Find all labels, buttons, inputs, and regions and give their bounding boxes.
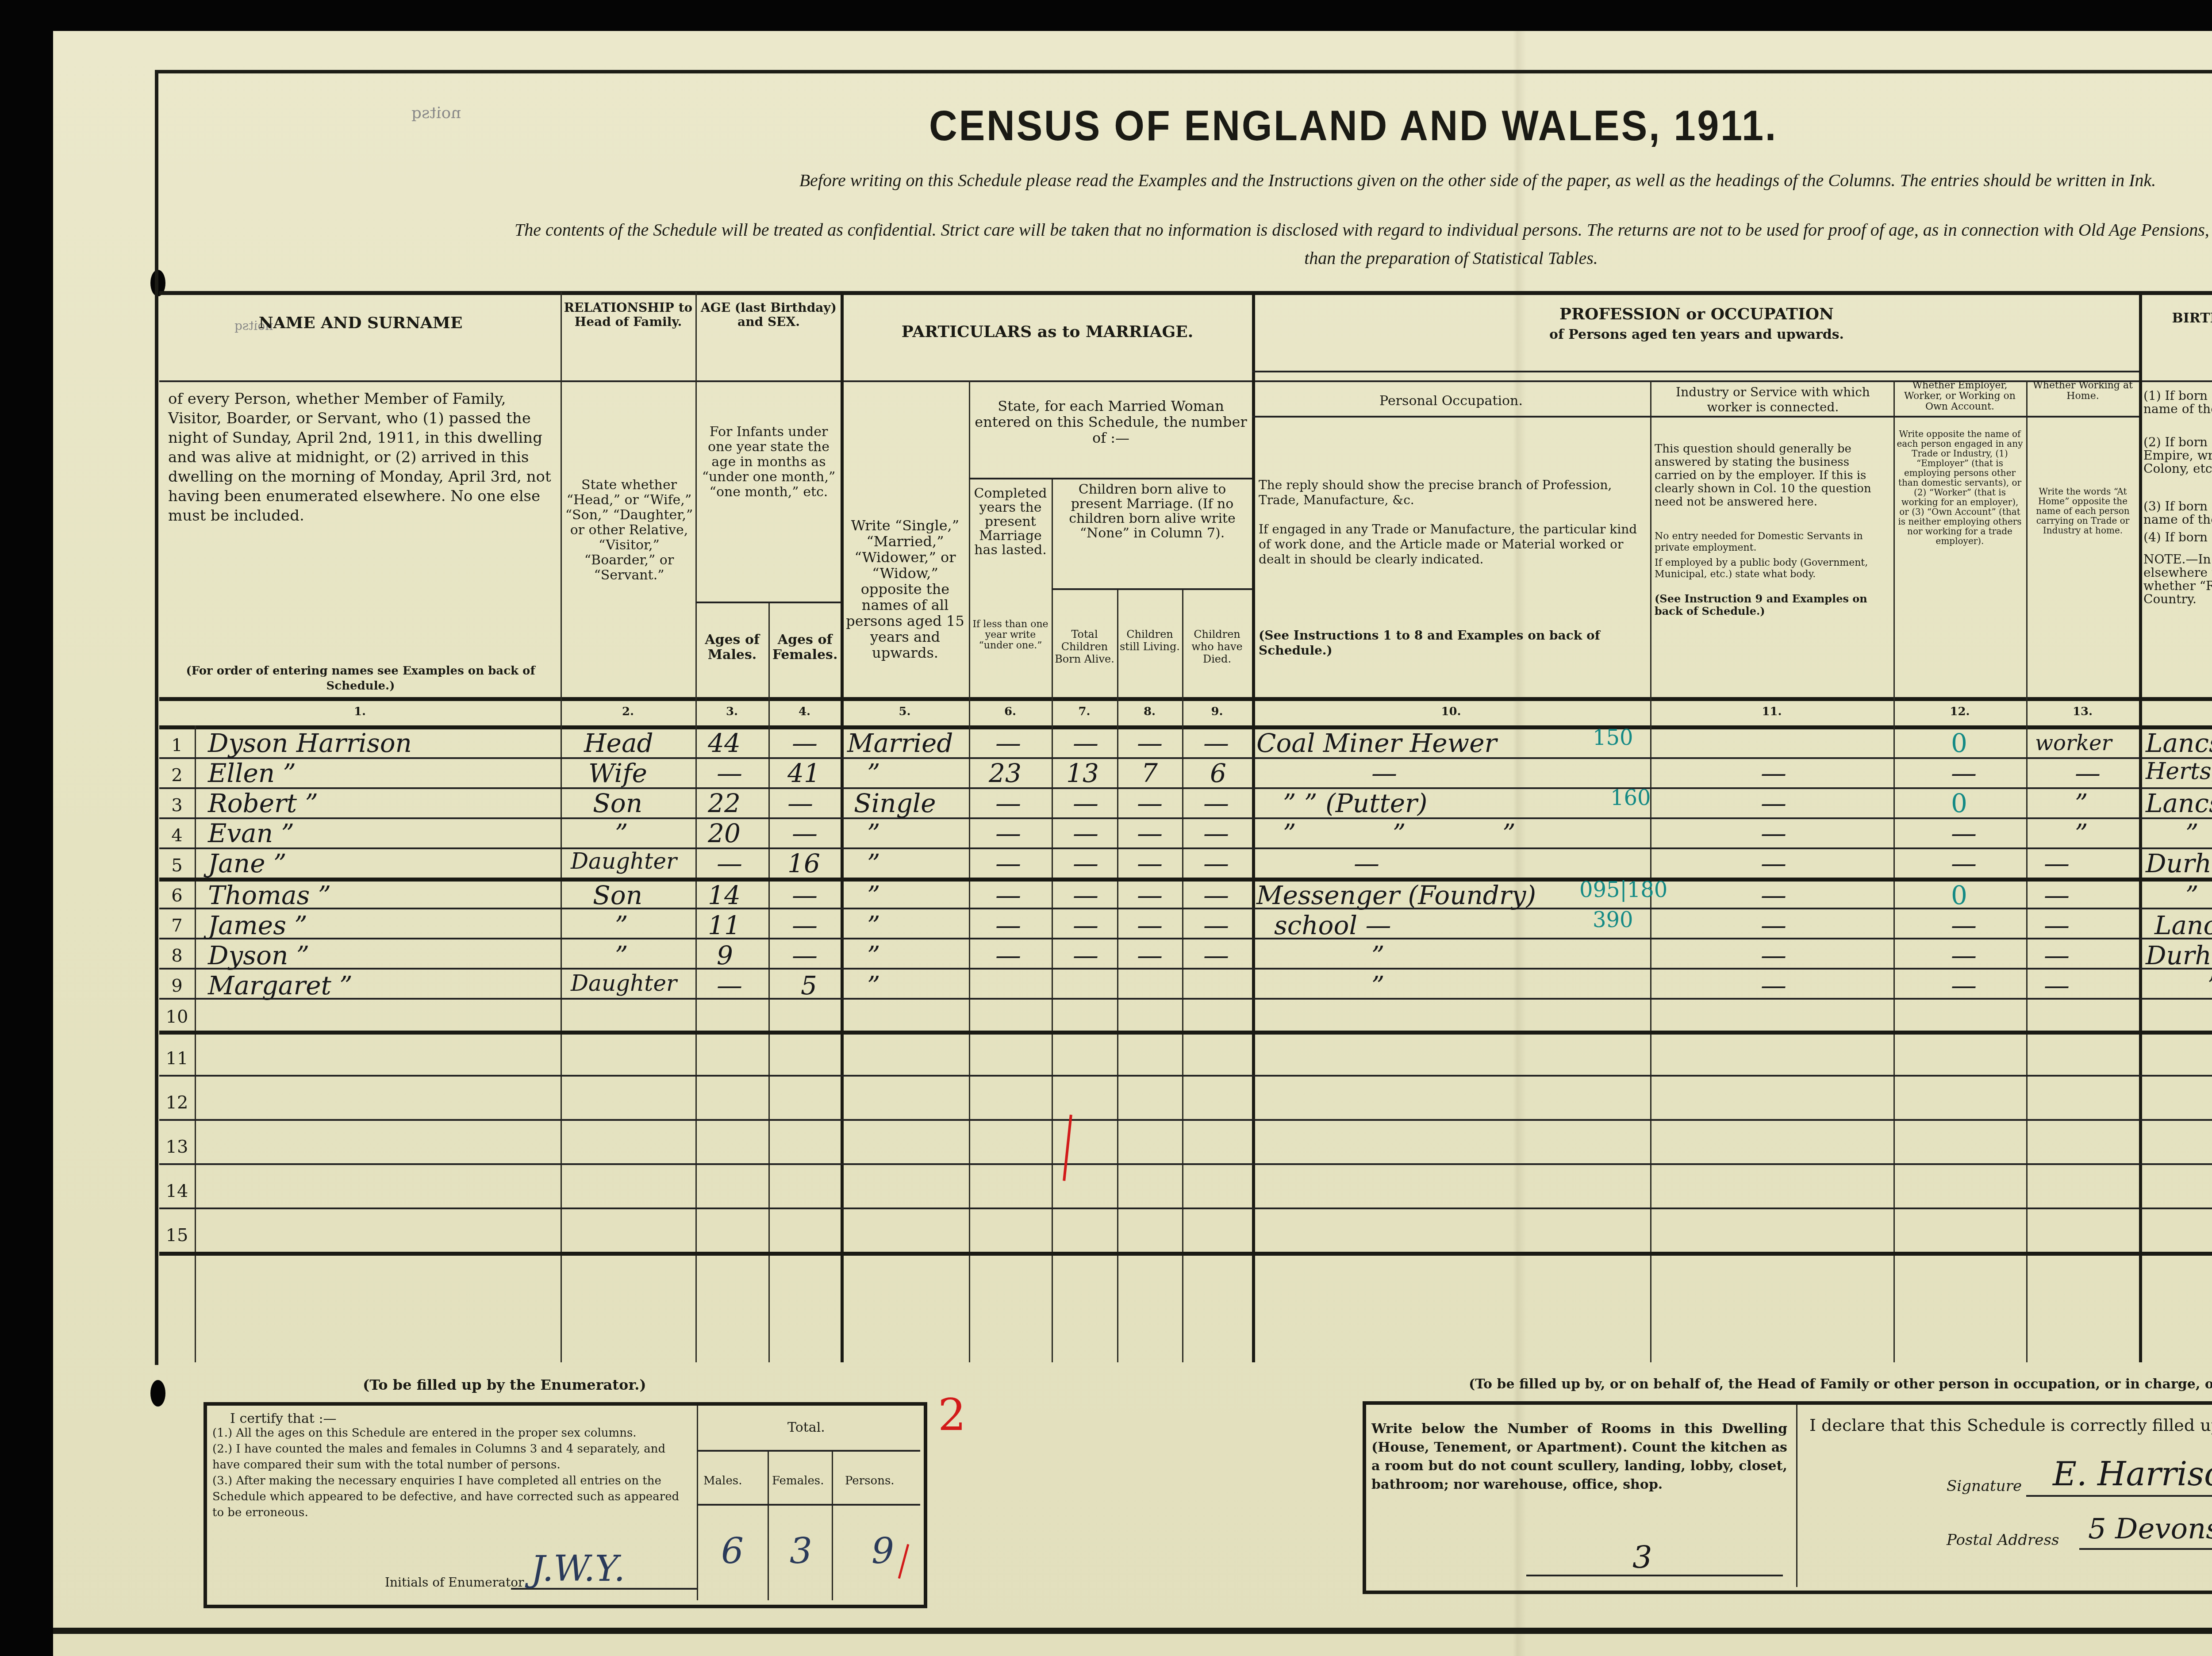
header-birthplace: BIRTHPLACE of every person. (2141, 310, 2212, 327)
cell-age-female[interactable]: 16 (787, 848, 820, 878)
cell-age-male[interactable]: 22 (708, 788, 741, 818)
cell-at-home[interactable]: — (2044, 940, 2070, 970)
cell-born-alive[interactable]: 13 (1066, 758, 1099, 788)
header-age: AGE (last Birthday) and SEX. (699, 301, 838, 329)
header-personal-occupation-footnote: (See Instructions 1 to 8 and Examples on… (1259, 628, 1644, 658)
occupation-sub-divider (1252, 371, 2139, 372)
cell-occupation[interactable]: ” ” (Putter) (1283, 788, 1427, 818)
row-number: 9 (159, 976, 195, 996)
cell-marital[interactable]: ” (867, 940, 880, 970)
cell-birthplace[interactable]: Lancs Wigan (2146, 788, 2212, 818)
row-number: 2 (159, 765, 195, 786)
address-label: Postal Address (1947, 1531, 2059, 1549)
header-employer-status-desc: Write opposite the name of each person e… (1895, 429, 2024, 546)
colnum-5: 5. (841, 705, 969, 718)
cell-employer-status[interactable]: 0 (1951, 880, 1967, 910)
cell-age-female[interactable]: — (787, 788, 813, 818)
header-occupation-sub: of Persons aged ten years and upwards. (1256, 327, 2137, 342)
cell-at-home[interactable]: ” (2075, 788, 2088, 818)
colnum-6: 6. (969, 705, 1052, 718)
colnum-1: 1. (159, 705, 561, 718)
cell-relationship[interactable]: Son (593, 880, 642, 910)
cell-name[interactable]: Dyson ” (208, 940, 309, 970)
row-line-3 (159, 817, 2212, 819)
cell-age-male[interactable]: — (717, 848, 742, 878)
cell-age-male[interactable]: 9 (717, 940, 733, 970)
cell-birthplace[interactable]: ” Ferryhill (2208, 970, 2212, 1000)
col-divider-4 (841, 292, 844, 1362)
row-number: 15 (159, 1225, 195, 1246)
cell-employer-status[interactable]: — (1951, 848, 1977, 878)
colnum-8: 8. (1117, 705, 1182, 718)
rownum-divider (195, 725, 196, 1362)
cell-name[interactable]: Evan ” (208, 818, 294, 848)
cell-name[interactable]: Margaret ” (208, 970, 353, 1000)
header-industry-desc-2: No entry needed for Domestic Servants in… (1655, 531, 1889, 554)
table-bottom-border (159, 1252, 2212, 1256)
totals-divider (697, 1406, 698, 1600)
head-section-heading: (To be filled up by, or on behalf of, th… (1469, 1376, 2212, 1392)
persons-label: Persons. (845, 1473, 895, 1489)
col-divider-1 (561, 292, 562, 1362)
colnum-4: 4. (768, 705, 841, 718)
cell-marital[interactable]: Single (854, 788, 936, 818)
cell-born-alive[interactable]: — (1073, 940, 1098, 970)
age-sub-divider (695, 602, 841, 603)
header-have-died: Children who have Died. (1184, 628, 1250, 665)
col-divider-7 (1117, 588, 1118, 1362)
total-persons[interactable]: 9 (872, 1530, 894, 1572)
colnum-top-border (159, 697, 2212, 701)
cell-marital[interactable]: ” (867, 970, 880, 1000)
row-number: 14 (159, 1181, 195, 1201)
cell-at-home[interactable]: — (2075, 758, 2101, 788)
cell-occupation-code: 390 (1593, 908, 1633, 932)
signature-label: Signature (1947, 1477, 2022, 1495)
cell-occupation[interactable]: Coal Miner Hewer (1256, 728, 1497, 758)
row-line-8 (159, 968, 2212, 970)
cell-have-died[interactable]: — (1203, 818, 1229, 848)
colnum-10: 10. (1252, 705, 1650, 718)
cell-age-female[interactable]: — (792, 818, 818, 848)
col-divider-13 (2139, 292, 2142, 1362)
cell-birthplace[interactable]: Durham Shildon (2146, 940, 2212, 970)
children-divider (1052, 588, 1252, 590)
header-birthplace-desc-2: (2) If born in any other part of the Bri… (2143, 436, 2212, 475)
header-occupation: PROFESSION or OCCUPATION (1256, 305, 2137, 323)
colnum-12: 12. (1893, 705, 2026, 718)
initials-label: Initials of Enumerator (385, 1575, 524, 1591)
colnum-7: 7. (1052, 705, 1117, 718)
total-label: Total. (787, 1420, 825, 1436)
instruction-line-3: than the preparation of Statistical Tabl… (190, 248, 2212, 268)
cell-have-died[interactable]: 6 (1210, 758, 1226, 788)
header-relationship-desc: State whether “Head,” or “Wife,” “Son,” … (565, 478, 694, 583)
cell-still-living[interactable]: — (1137, 880, 1163, 910)
row-number: 4 (159, 825, 195, 846)
cell-relationship[interactable]: Head (584, 728, 653, 758)
header-at-home-desc: Write the words “At Home” opposite the n… (2028, 487, 2137, 535)
cell-have-died[interactable]: — (1203, 848, 1229, 878)
cell-occupation-code: 095|180 (1579, 878, 1667, 902)
header-ages-females: Ages of Females. (771, 632, 839, 663)
cell-at-home[interactable]: — (2044, 910, 2070, 940)
col-divider-9 (1252, 292, 1255, 1362)
cell-industry[interactable]: — (1761, 758, 1786, 788)
col-divider-2 (695, 292, 697, 1362)
cell-born-alive[interactable]: — (1073, 880, 1098, 910)
cell-marital[interactable]: ” (867, 848, 880, 878)
cell-industry[interactable]: — (1761, 788, 1786, 818)
cell-have-died[interactable]: — (1203, 910, 1229, 940)
cell-age-female[interactable]: — (792, 940, 818, 970)
cell-still-living[interactable]: — (1137, 910, 1163, 940)
cell-at-home[interactable]: — (2044, 970, 2070, 1000)
cell-have-died[interactable]: — (1203, 728, 1229, 758)
row-number: 6 (159, 885, 195, 906)
address-line (2079, 1548, 2212, 1550)
row-line-13 (159, 1163, 2212, 1165)
colnum-13: 13. (2026, 705, 2139, 718)
cell-relationship[interactable]: ” (615, 818, 628, 848)
cell-at-home[interactable]: worker (2035, 731, 2112, 755)
punch-hole-bottom (150, 1380, 165, 1407)
cell-industry[interactable]: — (1761, 818, 1786, 848)
married-woman-divider (969, 478, 1252, 479)
header-married-woman: State, for each Married Woman entered on… (972, 398, 1250, 446)
cell-at-home[interactable]: — (2044, 848, 2070, 878)
cell-age-male[interactable]: 20 (708, 818, 741, 848)
cell-years-married[interactable]: — (995, 940, 1021, 970)
header-name-footnote: (For order of entering names see Example… (168, 663, 553, 694)
cell-age-female[interactable]: — (792, 728, 818, 758)
row-line-7 (159, 938, 2212, 939)
colnum-3: 3. (695, 705, 768, 718)
cell-industry[interactable]: — (1761, 880, 1786, 910)
cell-age-female[interactable]: — (792, 910, 818, 940)
header-birthplace-desc-4: (4) If born at sea, write “At Sea.” (2143, 531, 2212, 544)
cell-at-home[interactable]: — (2044, 880, 2070, 910)
rooms-line (1526, 1575, 1783, 1576)
cell-name[interactable]: Ellen ” (208, 758, 296, 788)
row-number: 10 (159, 1007, 195, 1027)
col-divider-8 (1182, 588, 1183, 1362)
cell-marital[interactable]: ” (867, 910, 880, 940)
cell-relationship[interactable]: Wife (588, 758, 647, 788)
cell-name[interactable]: Thomas ” (208, 880, 331, 910)
address-value-line-1[interactable]: 5 Devonshire St Tyne Dock (2088, 1513, 2212, 1545)
cell-occupation[interactable]: ” (1371, 970, 1385, 1000)
enumerator-certify: I certify that :— (230, 1411, 336, 1427)
row-number: 1 (159, 735, 195, 755)
row-number: 13 (159, 1137, 195, 1157)
header-birthplace-note: NOTE.—In the case of persons born elsewh… (2143, 553, 2212, 606)
enumerator-item-1: (1.) All the ages on this Schedule are e… (212, 1425, 690, 1441)
instruction-line-2: The contents of the Schedule will be tre… (190, 219, 2212, 240)
cell-have-died[interactable]: — (1203, 880, 1229, 910)
cell-employer-status[interactable]: — (1951, 940, 1977, 970)
page-title: CENSUS OF ENGLAND AND WALES, 1911. (929, 102, 1778, 150)
cell-years-married[interactable]: — (995, 788, 1021, 818)
cell-years-married[interactable]: — (995, 880, 1021, 910)
header-industry: Industry or Service with which worker is… (1655, 385, 1891, 415)
header-birthplace-desc-1: (1) If born in the United Kingdom, write… (2143, 389, 2212, 416)
cell-birthplace[interactable]: Lancs Wigan (2146, 728, 2212, 758)
cell-birthplace[interactable]: ” ” (2185, 818, 2212, 848)
cell-occupation[interactable]: — (1354, 848, 1379, 878)
header-personal-occupation: Personal Occupation. (1256, 394, 1646, 409)
cell-industry[interactable]: — (1761, 970, 1786, 1000)
cell-employer-status[interactable]: — (1951, 758, 1977, 788)
cell-employer-status[interactable]: — (1951, 818, 1977, 848)
cell-industry[interactable]: — (1761, 848, 1786, 878)
row-line-6 (159, 908, 2212, 909)
header-employer-status: Whether Employer, Worker, or Working on … (1895, 380, 2024, 412)
totals-divider-h (697, 1450, 920, 1452)
header-personal-occupation-desc-1: The reply should show the precise branch… (1259, 478, 1644, 508)
signature-value[interactable]: E. Harrison (2053, 1455, 2212, 1493)
cell-occupation[interactable]: school — (1274, 910, 1391, 940)
cell-industry[interactable]: — (1761, 940, 1786, 970)
cell-employer-status[interactable]: — (1951, 910, 1977, 940)
cell-age-male[interactable]: — (717, 758, 742, 788)
cell-age-male[interactable]: 11 (708, 910, 741, 940)
row-line-5 (159, 878, 2212, 882)
cell-name[interactable]: Dyson Harrison (208, 728, 412, 758)
cell-occupation[interactable]: ” ” ” (1283, 818, 1516, 848)
cell-occupation[interactable]: ” (1371, 940, 1385, 970)
row-line-1 (159, 757, 2212, 759)
cell-age-female[interactable]: 5 (801, 970, 817, 1000)
cell-still-living[interactable]: — (1137, 818, 1163, 848)
cell-relationship[interactable]: ” (615, 910, 628, 940)
signature-line (2026, 1495, 2212, 1497)
instruction-line-1: Before writing on this Schedule please r… (504, 170, 2212, 191)
row-line-4 (159, 847, 2212, 849)
cell-still-living[interactable]: — (1137, 848, 1163, 878)
header-birthplace-desc-3: (3) If born in a Foreign Country, write … (2143, 500, 2212, 526)
cell-name[interactable]: Jane ” (208, 848, 287, 878)
cell-birthplace[interactable]: Herts, Rickmondworth (2146, 758, 2212, 785)
cell-born-alive[interactable]: — (1073, 728, 1098, 758)
cell-relationship[interactable]: ” (615, 940, 628, 970)
colnum-11: 11. (1650, 705, 1893, 718)
header-still-living: Children still Living. (1118, 628, 1181, 653)
header-age-infants: For Infants under one year state the age… (699, 425, 838, 500)
cell-employer-status[interactable]: — (1951, 970, 1977, 1000)
header-industry-desc-1: This question should generally be answer… (1655, 442, 1889, 509)
cell-relationship[interactable]: Son (593, 788, 642, 818)
declaration-text: I declare that this Schedule is correctl… (1809, 1415, 2212, 1435)
cell-age-male[interactable]: 14 (708, 880, 741, 910)
header-personal-occupation-desc-2: If engaged in any Trade or Manufacture, … (1259, 522, 1644, 567)
cell-still-living[interactable]: — (1137, 788, 1163, 818)
totals-divider-3 (832, 1451, 833, 1600)
cell-have-died[interactable]: — (1203, 940, 1229, 970)
total-males[interactable]: 6 (721, 1530, 744, 1572)
cell-birthplace[interactable]: ” ” (2185, 880, 2212, 910)
col-divider-5 (969, 380, 970, 1362)
cell-occupation[interactable]: — (1371, 758, 1397, 788)
colnum-14: 14. (2139, 705, 2212, 718)
header-at-home: Whether Working at Home. (2028, 380, 2137, 402)
header-relationship: RELATIONSHIP to Head of Family. (563, 301, 694, 329)
cell-still-living[interactable]: — (1137, 728, 1163, 758)
occupation-sub-divider-2 (1252, 416, 2139, 418)
header-marriage: PARTICULARS as to MARRIAGE. (845, 323, 1250, 341)
cell-marital[interactable]: ” (867, 758, 880, 788)
rooms-instruction: Write below the Number of Rooms in this … (1371, 1420, 1787, 1494)
cell-relationship[interactable]: Daughter (571, 848, 677, 874)
header-children: Children born alive to present Marriage.… (1054, 482, 1251, 540)
cell-still-living[interactable]: — (1137, 940, 1163, 970)
row-number: 5 (159, 855, 195, 876)
colnum-9: 9. (1182, 705, 1252, 718)
col-divider-12 (2026, 380, 2028, 1362)
cell-birthplace[interactable]: Durham Shildon (2146, 848, 2212, 878)
cell-years-married[interactable]: — (995, 848, 1021, 878)
cell-born-alive[interactable]: — (1073, 818, 1098, 848)
enumerator-heading: (To be filled up by the Enumerator.) (363, 1376, 646, 1393)
cell-age-female[interactable]: 41 (787, 758, 820, 788)
totals-divider-2 (768, 1451, 769, 1600)
cell-have-died[interactable]: — (1203, 788, 1229, 818)
enumerator-item-2: (2.) I have counted the males and female… (212, 1441, 690, 1473)
header-name-desc: of every Person, whether Member of Famil… (168, 389, 553, 525)
cell-years-married[interactable]: — (995, 728, 1021, 758)
header-ages-males: Ages of Males. (697, 632, 767, 663)
totals-divider-h2 (697, 1504, 920, 1506)
total-females[interactable]: 3 (790, 1530, 812, 1572)
row-number: 11 (159, 1048, 195, 1069)
header-industry-desc-3: If employed by a public body (Government… (1655, 557, 1889, 580)
cell-marital[interactable]: ” (867, 818, 880, 848)
row-number: 8 (159, 946, 195, 966)
row-line-10 (159, 1031, 2212, 1035)
header-years-married-note: If less than one year write “under one.” (971, 619, 1050, 651)
initials-value[interactable]: J.W.Y. (531, 1548, 625, 1589)
header-name: NAME AND SURNAME (164, 314, 557, 332)
rooms-divider (1796, 1405, 1797, 1587)
cell-birthplace[interactable]: Lancs Wigan (2154, 910, 2212, 940)
row-line-14 (159, 1207, 2212, 1209)
cell-industry[interactable]: — (1761, 910, 1786, 940)
cell-age-male[interactable]: 44 (708, 728, 741, 758)
table-top-border (159, 291, 2212, 295)
cell-born-alive[interactable]: — (1073, 848, 1098, 878)
row-line-2 (159, 787, 2212, 789)
cell-marital[interactable]: ” (867, 880, 880, 910)
row-line-12 (159, 1119, 2212, 1121)
cell-occupation-code: 160 (1610, 786, 1651, 810)
col-divider-10 (1650, 380, 1651, 1362)
red-annotation-2: 2 (938, 1389, 966, 1441)
cell-name[interactable]: Robert ” (208, 788, 318, 818)
header-industry-footnote: (See Instruction 9 and Examples on back … (1655, 593, 1889, 617)
rooms-value[interactable]: 3 (1632, 1539, 1652, 1575)
cell-years-married[interactable]: — (995, 818, 1021, 848)
cell-age-female[interactable]: — (792, 880, 818, 910)
cell-years-married[interactable]: — (995, 910, 1021, 940)
cell-at-home[interactable]: ” (2075, 818, 2088, 848)
cell-occupation[interactable]: Messenger (Foundry) (1256, 880, 1536, 910)
cell-relationship[interactable]: Daughter (571, 970, 677, 996)
females-label: Females. (772, 1473, 824, 1489)
row-number: 7 (159, 916, 195, 936)
cell-born-alive[interactable]: — (1073, 910, 1098, 940)
row-number: 12 (159, 1092, 195, 1113)
enumerator-item-3: (3.) After making the necessary enquirie… (212, 1473, 690, 1521)
cell-age-male[interactable]: — (717, 970, 742, 1000)
header-total-born: Total Children Born Alive. (1053, 628, 1116, 665)
cell-name[interactable]: James ” (208, 910, 307, 940)
males-label: Males. (703, 1473, 742, 1489)
header-years-married: Completed years the present Marriage has… (971, 487, 1050, 557)
col-divider-6 (1052, 478, 1053, 1362)
row-line-9 (159, 998, 2212, 1000)
row-line-11 (159, 1075, 2212, 1077)
colnum-2: 2. (561, 705, 695, 718)
colnum-bottom-border (159, 725, 2212, 729)
cell-employer-status[interactable]: 0 (1951, 728, 1967, 758)
cell-born-alive[interactable]: — (1073, 788, 1098, 818)
cell-years-married[interactable]: 23 (989, 758, 1022, 788)
bottom-border (53, 1628, 2212, 1634)
cell-occupation-code: 150 (1593, 725, 1633, 750)
cell-still-living[interactable]: 7 (1141, 758, 1158, 788)
cell-marital[interactable]: Married (847, 728, 953, 758)
col-divider-11 (1893, 380, 1895, 1362)
cell-employer-status[interactable]: 0 (1951, 788, 1967, 818)
header-marital-status: Write “Single,” “Married,” “Widower,” or… (843, 517, 967, 661)
row-number: 3 (159, 795, 195, 816)
